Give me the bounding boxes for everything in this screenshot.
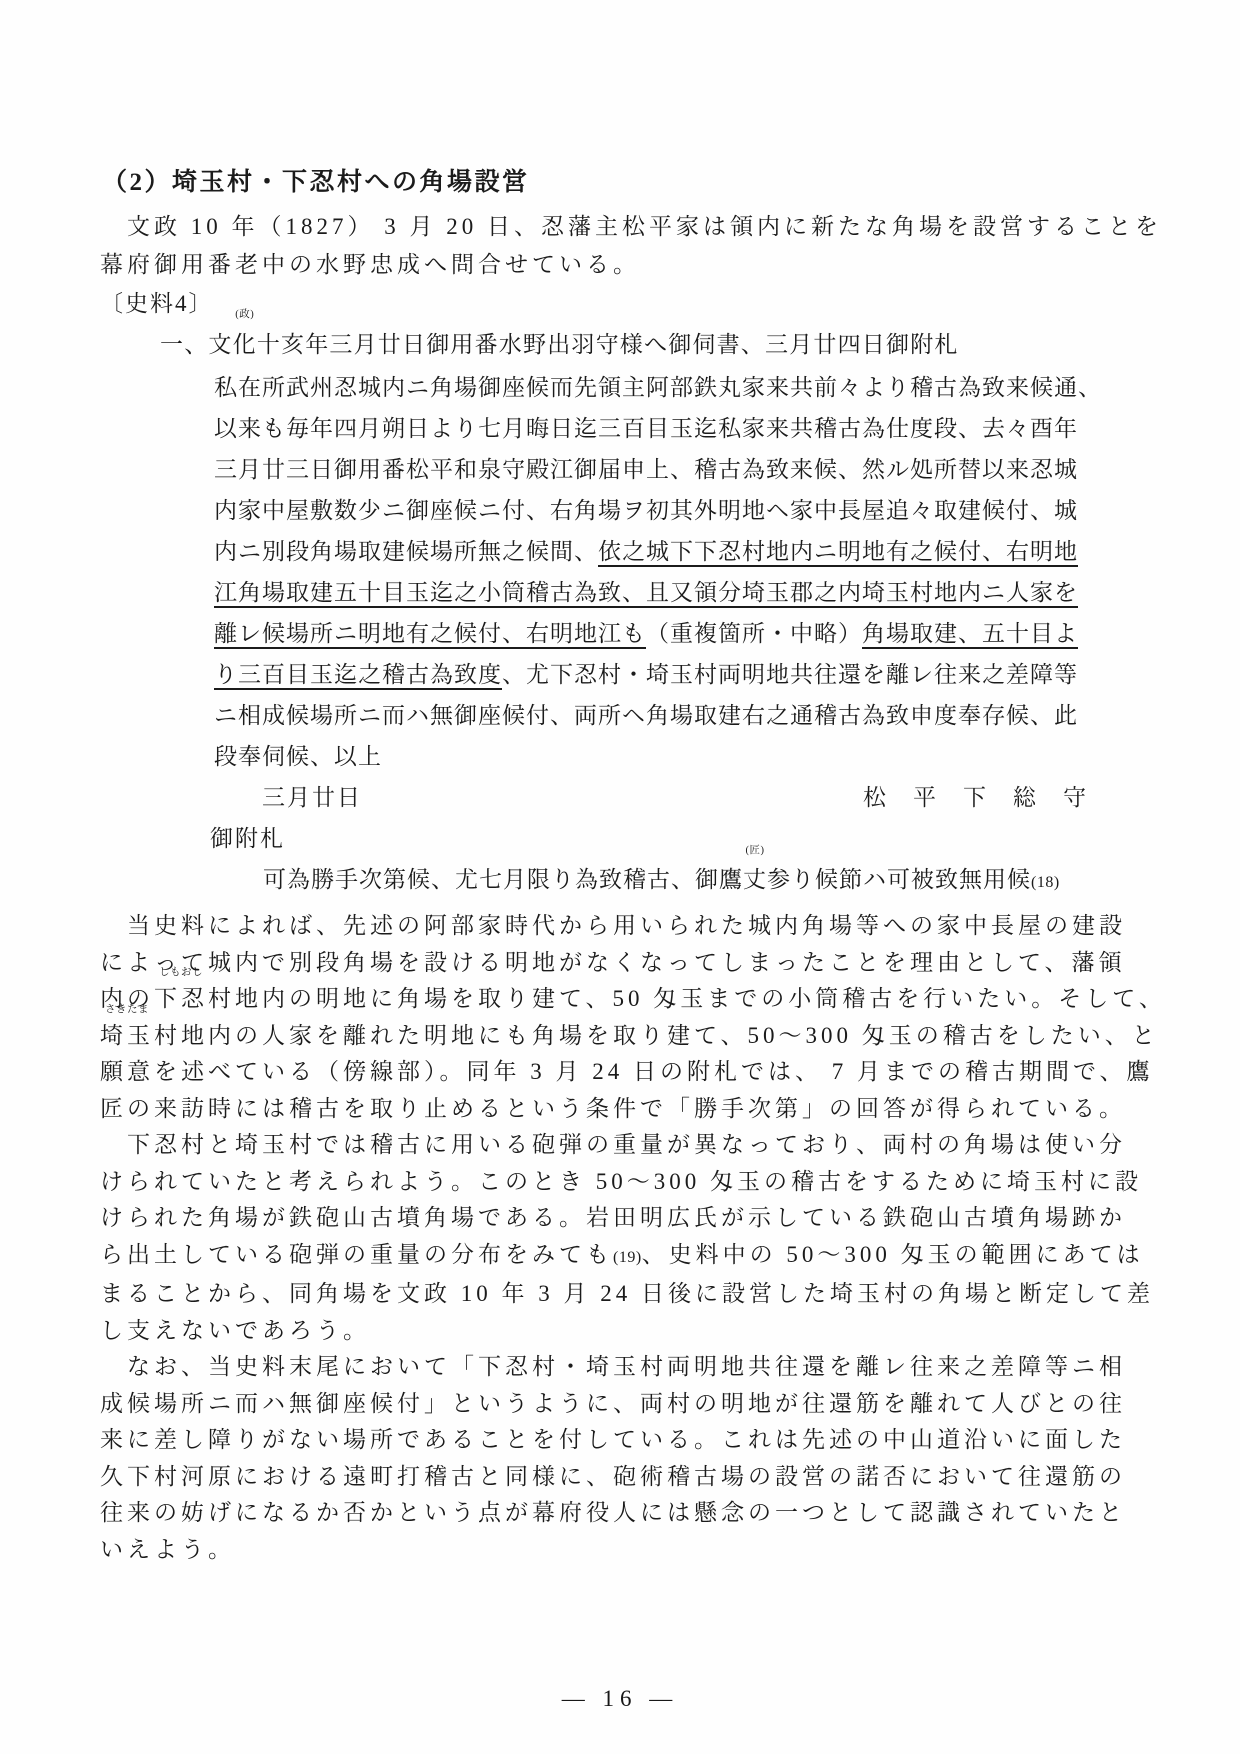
quote-date: 三月廿日	[262, 777, 362, 819]
text-segment: 江角場取建五十目玉迄之小筒稽古為致、且又領分埼玉郡之内埼玉村地内ニ人家を	[214, 580, 1078, 605]
text-segment: 化(政)	[233, 332, 257, 357]
text-segment: 幕府御用番老中の水野忠成へ問合せている。	[100, 252, 640, 277]
ruby-annotation: さきたま	[105, 1005, 149, 1015]
paragraph-line: けられていたと考えられよう。このとき 50〜300 匁玉の稽古をするために埼玉村…	[100, 1164, 1148, 1201]
text-segment: 村地内の明地に角場を取り建て、50 匁玉までの小筒稽古を行いたい。そして、	[208, 986, 1166, 1011]
paragraph-line: ら出土している砲弾の重量の分布をみても(19)、史料中の 50〜300 匁玉の範…	[100, 1237, 1148, 1277]
intro-line: 幕府御用番老中の水野忠成へ問合せている。	[100, 246, 1148, 284]
paragraph-line: 埼玉さきたま村地内の人家を離れた明地にも角場を取り建て、50〜300 匁玉の稽古…	[100, 1018, 1148, 1055]
ruby-annotation: しもおし	[159, 968, 203, 978]
ruby-base: 埼玉さきたま	[100, 1018, 154, 1055]
text-segment: いえよう。	[100, 1537, 235, 1562]
text-segment: 依之城下下忍村地内ニ明地有之候付、右明地	[598, 539, 1078, 564]
text-segment: 来に差し障りがない場所であることを付している。これは先述の中山道沿いに面した	[100, 1427, 1126, 1452]
paragraph-line: けられた角場が鉄砲山古墳角場である。岩田明広氏が示している鉄砲山古墳角場跡か	[100, 1200, 1148, 1237]
text-segment: 十亥年三月廿日御用番水野出羽守様へ御伺書、三月廿四日御附札	[257, 332, 959, 357]
text-segment: し支えないであろう。	[100, 1318, 370, 1343]
text-segment: 、尤下忍村・埼玉村両明地共往還を離レ往来之差障等	[502, 662, 1078, 687]
text-segment: 離レ候場所ニ明地有之候付、右明地江も	[214, 621, 646, 646]
paragraph-line: 久下村河原における遠町打稽古と同様に、砲術稽古場の設営の諾否において往還筋の	[100, 1459, 1148, 1496]
text-segment: 久下村河原における遠町打稽古と同様に、砲術稽古場の設営の諾否において往還筋の	[100, 1464, 1126, 1489]
text-segment: 当史料によれば、先述の阿部家時代から用いられた城内角場等への家中長屋の建設	[100, 913, 1126, 938]
quote-line: 三月廿三日御用番松平和泉守殿江御届申上、稽古為致来候、然ル処所替以来忍城	[214, 449, 1148, 490]
paragraph-line: 往来の妨げになるか否かという点が幕府役人には懸念の一つとして認識されていたと	[100, 1495, 1148, 1532]
text-segment: 往来の妨げになるか否かという点が幕府役人には懸念の一つとして認識されていたと	[100, 1500, 1126, 1525]
quote-line: 段奉伺候、以上	[214, 736, 1148, 777]
ruby-base: 丈(匠)	[743, 859, 767, 901]
text-segment: 角場取建、五十目よ	[862, 621, 1078, 646]
document-page: （2）埼玉村・下忍村への角場設営 文政 10 年（1827） 3 月 20 日、…	[0, 0, 1240, 1754]
text-segment: 、史料中の 50〜300 匁玉の範囲にあては	[642, 1242, 1144, 1267]
quote-line: り三百目玉迄之稽古為致度、尤下忍村・埼玉村両明地共往還を離レ往来之差障等	[214, 654, 1148, 695]
text-segment: 三月廿三日御用番松平和泉守殿江御届申上、稽古為致来候、然ル処所替以来忍城	[214, 457, 1078, 482]
quote-line: 内ニ別段角場取建候場所無之候間、依之城下下忍村地内ニ明地有之候付、右明地	[214, 531, 1148, 572]
paragraph-line: によって城内で別段角場を設ける明地がなくなってしまったことを理由として、藩領	[100, 945, 1148, 982]
paragraph-line: いえよう。	[100, 1532, 1148, 1569]
ruby-base: 下忍しもおし	[154, 981, 208, 1018]
reply-line: 可為勝手次第候、尤七月限り為致稽古、御鷹丈(匠)参り候節ハ可被致無用候(18)	[263, 859, 1148, 904]
quote-heading: 一、文化(政)十亥年三月廿日御用番水野出羽守様へ御伺書、三月廿四日御附札	[160, 323, 1148, 367]
text-segment: 段奉伺候、以上	[214, 744, 382, 769]
paragraph-line: 内の下忍しもおし村地内の明地に角場を取り建て、50 匁玉までの小筒稽古を行いたい…	[100, 981, 1148, 1018]
reply-label: 御附札	[210, 819, 1148, 859]
text-segment: 参り候節ハ可被致無用候	[767, 867, 1031, 892]
text-segment: 村地内の人家を離れた明地にも角場を取り建て、50〜300 匁玉の稽古をしたい、と	[154, 1023, 1159, 1048]
text-segment: 下忍村と埼玉村では稽古に用いる砲弾の重量が異なっており、両村の角場は使い分	[100, 1132, 1126, 1157]
text-segment: ら出土している砲弾の重量の分布をみても	[100, 1242, 613, 1267]
quote-line: 江角場取建五十目玉迄之小筒稽古為致、且又領分埼玉郡之内埼玉村地内ニ人家を	[214, 572, 1148, 613]
ruby-annotation: (政)	[235, 310, 254, 320]
paragraph-line: 下忍村と埼玉村では稽古に用いる砲弾の重量が異なっており、両村の角場は使い分	[100, 1127, 1148, 1164]
main-text: 当史料によれば、先述の阿部家時代から用いられた城内角場等への家中長屋の建設によっ…	[100, 908, 1148, 1568]
text-segment: り三百目玉迄之稽古為致度	[214, 662, 502, 687]
source-label: 〔史料4〕	[100, 285, 1148, 323]
text-segment: 内家中屋敷数少ニ御座候ニ付、右角場ヲ初其外明地ヘ家中長屋追々取建候付、城	[214, 498, 1078, 523]
quote-body: 私在所武州忍城内ニ角場御座候而先領主阿部鉄丸家来共前々より稽古為致来候通、以来も…	[100, 367, 1148, 777]
text-segment: 文政 10 年（1827） 3 月 20 日、忍藩主松平家は領内に新たな角場を設…	[100, 214, 1162, 239]
paragraph-line: 当史料によれば、先述の阿部家時代から用いられた城内角場等への家中長屋の建設	[100, 908, 1148, 945]
text-segment: まることから、同角場を文政 10 年 3 月 24 日後に設営した埼玉村の角場と…	[100, 1281, 1154, 1306]
section-title: （2）埼玉村・下忍村への角場設営	[102, 168, 1148, 198]
page-number: ― 16 ―	[0, 1686, 1240, 1712]
text-segment: 願意を述べている（傍線部）。同年 3 月 24 日の附札では、 7 月までの稽古…	[100, 1059, 1154, 1084]
text-segment: 内ニ別段角場取建候場所無之候間、	[214, 539, 598, 564]
intro-paragraph: 文政 10 年（1827） 3 月 20 日、忍藩主松平家は領内に新たな角場を設…	[100, 208, 1148, 284]
text-segment: けられていたと考えられよう。このとき 50〜300 匁玉の稽古をするために埼玉村…	[100, 1169, 1142, 1194]
text-segment: なお、当史料末尾において「下忍村・埼玉村両明地共往還を離レ往来之差障等ニ相	[100, 1354, 1126, 1379]
quote-line: 離レ候場所ニ明地有之候付、右明地江も（重複箇所・中略）角場取建、五十目よ	[214, 613, 1148, 654]
quote-signature: 松 平 下 総 守	[863, 777, 1088, 819]
text-segment: 一、文	[160, 332, 233, 357]
text-segment: けられた角場が鉄砲山古墳角場である。岩田明広氏が示している鉄砲山古墳角場跡か	[100, 1205, 1126, 1230]
quote-line: 内家中屋敷数少ニ御座候ニ付、右角場ヲ初其外明地ヘ家中長屋追々取建候付、城	[214, 490, 1148, 531]
text-segment: によって城内で別段角場を設ける明地がなくなってしまったことを理由として、藩領	[100, 950, 1126, 975]
page-content: （2）埼玉村・下忍村への角場設営 文政 10 年（1827） 3 月 20 日、…	[0, 0, 1240, 1568]
text-segment: 私在所武州忍城内ニ角場御座候而先領主阿部鉄丸家来共前々より稽古為致来候通、	[214, 375, 1102, 400]
text-segment: 丈(匠)	[743, 867, 767, 892]
paragraph-line: 成候場所ニ而ハ無御座候付」というように、両村の明地が往還筋を離れて人びとの往	[100, 1386, 1148, 1423]
paragraph-line: まることから、同角場を文政 10 年 3 月 24 日後に設営した埼玉村の角場と…	[100, 1276, 1148, 1313]
text-segment: 匠の来訪時には稽古を取り止めるという条件で「勝手次第」の回答が得られている。	[100, 1096, 1126, 1121]
text-segment: 下忍しもおし	[154, 986, 208, 1011]
paragraph-line: 匠の来訪時には稽古を取り止めるという条件で「勝手次第」の回答が得られている。	[100, 1091, 1148, 1128]
paragraph-line: 願意を述べている（傍線部）。同年 3 月 24 日の附札では、 7 月までの稽古…	[100, 1054, 1148, 1091]
text-segment: 可為勝手次第候、尤七月限り為致稽古、御鷹	[263, 867, 743, 892]
ruby-base: 化(政)	[233, 323, 257, 367]
paragraph-line: なお、当史料末尾において「下忍村・埼玉村両明地共往還を離レ往来之差障等ニ相	[100, 1349, 1148, 1386]
text-segment: 成候場所ニ而ハ無御座候付」というように、両村の明地が往還筋を離れて人びとの往	[100, 1391, 1126, 1416]
paragraph-line: 来に差し障りがない場所であることを付している。これは先述の中山道沿いに面した	[100, 1422, 1148, 1459]
paragraph-line: し支えないであろう。	[100, 1313, 1148, 1350]
intro-line: 文政 10 年（1827） 3 月 20 日、忍藩主松平家は領内に新たな角場を設…	[100, 208, 1148, 246]
quote-line: 以来も毎年四月朔日より七月晦日迄三百目玉迄私家来共稽古為仕度段、去々酉年	[214, 408, 1148, 449]
text-segment: ニ相成候場所ニ而ハ無御座候付、両所ヘ角場取建右之通稽古為致申度奉存候、此	[214, 703, 1078, 728]
text-segment: 以来も毎年四月朔日より七月晦日迄三百目玉迄私家来共稽古為仕度段、去々酉年	[214, 416, 1078, 441]
text-segment: (18)	[1031, 874, 1060, 891]
quote-line: ニ相成候場所ニ而ハ無御座候付、両所ヘ角場取建右之通稽古為致申度奉存候、此	[214, 695, 1148, 736]
quote-signature-row: 三月廿日 松 平 下 総 守	[262, 777, 1088, 819]
text-segment: （重複箇所・中略）	[646, 621, 862, 646]
quote-line: 私在所武州忍城内ニ角場御座候而先領主阿部鉄丸家来共前々より稽古為致来候通、	[214, 367, 1148, 408]
text-segment: (19)	[613, 1249, 642, 1266]
ruby-annotation: (匠)	[746, 846, 765, 856]
text-segment: 埼玉さきたま	[100, 1023, 154, 1048]
